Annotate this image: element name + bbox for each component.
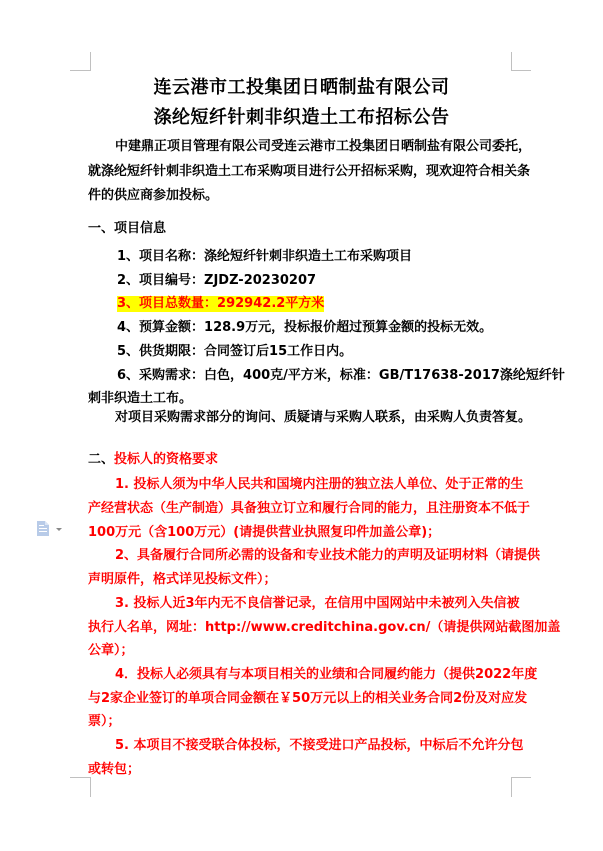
- procurement-requirement-cont: 刺非织造土工布。: [88, 391, 192, 407]
- intro-line-2: 就涤纶短纤针刺非织造土工布采购项目进行公开招标采购，现欢迎符合相关条: [88, 164, 530, 180]
- delivery-period: 5、供货期限：合同签订后15工作日内。: [117, 344, 352, 360]
- caret-down-icon[interactable]: [56, 528, 62, 531]
- project-number: 2、项目编号：ZJDZ-20230207: [117, 273, 316, 289]
- qualification-4-line-1: 4．投标人必须具有与本项目相关的业绩和合同履约能力（提供2022年度: [115, 667, 537, 683]
- budget-amount: 4、预算金额：128.9万元，投标报价超过预算金额的投标无效。: [117, 320, 492, 336]
- margin-corner-bottom-left: [70, 777, 91, 797]
- qualification-1-line-3: 100万元（含100万元）(请提供营业执照复印件加盖公章)；: [88, 525, 440, 541]
- qualification-2-line-2: 声明原件，格式详见投标文件）；: [88, 572, 277, 588]
- qualification-3-line-1: 3. 投标人近3年内无不良信誉记录，在信用中国网站中未被列入失信被: [115, 596, 520, 612]
- document-icon[interactable]: [37, 521, 49, 536]
- qualification-1-line-1: 1. 投标人须为中华人民共和国境内注册的独立法人单位、处于正常的生: [115, 477, 524, 493]
- margin-corner-top-left: [70, 52, 91, 71]
- qualification-2-line-1: 2、具备履行合同所必需的设备和专业技术能力的声明及证明材料（请提供: [115, 548, 540, 564]
- intro-line-1: 中建鼎正项目管理有限公司受连云港市工投集团日晒制盐有限公司委托，: [115, 139, 531, 155]
- document-page: 连云港市工投集团日晒制盐有限公司 涤纶短纤针刺非织造土工布招标公告 中建鼎正项目…: [0, 0, 603, 851]
- document-title-line-2: 涤纶短纤针刺非织造土工布招标公告: [0, 103, 603, 129]
- qualification-1-line-2: 产经营状态（生产制造）具备独立订立和履行合同的能力，且注册资本不低于: [88, 501, 530, 517]
- section2-heading-prefix: 二、: [88, 452, 114, 467]
- qualification-5-line-2: 或转包；: [88, 762, 140, 778]
- procurement-requirement: 6、采购需求：白色，400克/平方米，标准：GB/T17638-2017涤纶短纤…: [117, 368, 565, 384]
- section2-heading-text: 投标人的资格要求: [114, 452, 218, 467]
- intro-line-3: 件的供应商参加投标。: [88, 188, 218, 204]
- qualification-3-line-3: 公章）；: [88, 643, 134, 659]
- qualification-3-line-2: 执行人名单，网址：http://www.creditchina.gov.cn/（…: [88, 620, 560, 636]
- margin-corner-top-right: [511, 52, 531, 71]
- qualification-4-line-3: 票）；: [88, 714, 121, 730]
- project-name: 1、项目名称：涤纶短纤针刺非织造土工布采购项目: [117, 249, 412, 265]
- document-title-line-1: 连云港市工投集团日晒制盐有限公司: [0, 73, 603, 99]
- inquiry-note: 对项目采购需求部分的询问、质疑请与采购人联系，由采购人负责答复。: [115, 410, 531, 426]
- qualification-5-line-1: 5. 本项目不接受联合体投标，不接受进口产品投标，中标后不允许分包: [115, 738, 524, 754]
- project-quantity-highlighted: 3、项目总数量：292942.2平方米: [117, 296, 324, 312]
- qualification-4-line-2: 与2家企业签订的单项合同金额在￥50万元以上的相关业务合同2份及对应发: [88, 691, 527, 707]
- section2-heading: 二、投标人的资格要求: [88, 452, 218, 468]
- section1-heading: 一、项目信息: [88, 221, 166, 237]
- margin-corner-bottom-right: [511, 777, 531, 797]
